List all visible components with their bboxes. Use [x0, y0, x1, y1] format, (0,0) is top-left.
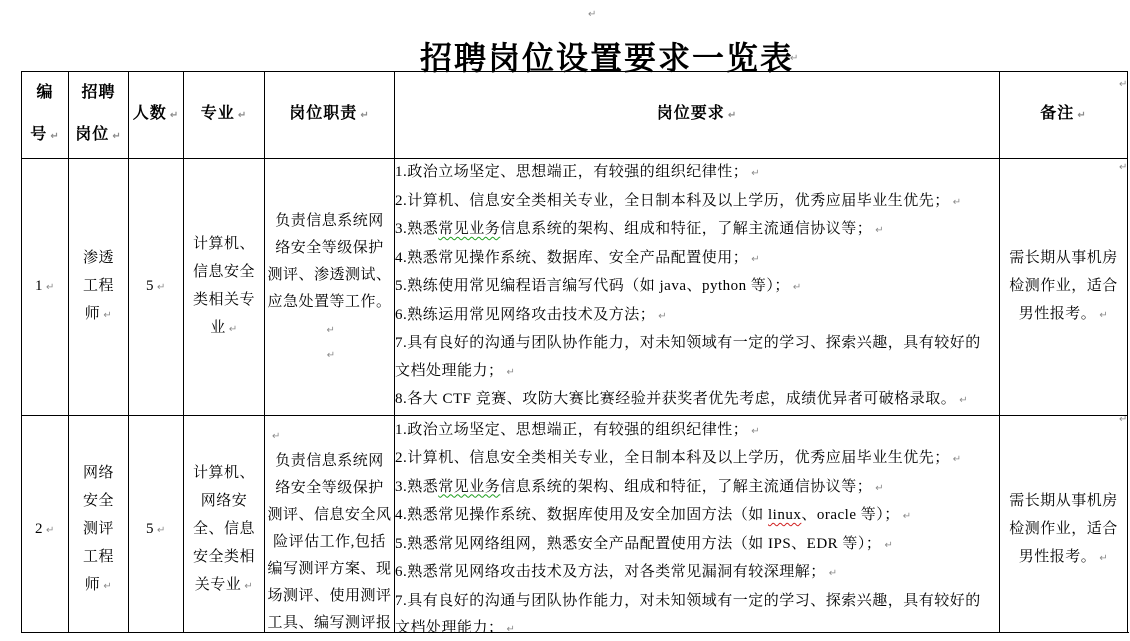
major-value: 计算机、 信息安全 类相关专 业: [193, 236, 255, 336]
requirement-line: 3.熟悉常见业务信息系统的架构、组成和特征，了解主流通信协议等；↵: [395, 216, 999, 245]
paragraph-mark-icon: ↵: [112, 131, 121, 142]
requirement-line: 7.具有良好的沟通与团队协作能力，对未知领域有一定的学习、探索兴趣，具有较好的 …: [395, 330, 999, 386]
header-label: 专业: [201, 105, 235, 122]
header-label: 招聘 岗位: [75, 84, 115, 143]
empty-paragraph: ↵: [265, 344, 394, 366]
cell-duty: 负责信息系统网 络安全等级保护 测评、渗透测试、 应急处置等工作。↵ ↵: [265, 159, 395, 416]
paragraph-mark-icon: ↵: [507, 367, 516, 378]
paragraph-mark-icon: ↵: [170, 110, 179, 121]
paragraph-mark-icon: ↵: [751, 168, 760, 179]
requirement-text: 信息系统的架构、组成和特征，了解主流通信协议等；: [500, 221, 872, 237]
cell-count: 5↵: [129, 159, 184, 416]
duty-value: 负责信息系统网 络安全等级保护 测评、渗透测试、 应急处置等工作。: [267, 213, 391, 310]
requirement-text: 、oracle 等）；: [801, 507, 899, 523]
paragraph-mark-icon: ↵: [829, 568, 838, 579]
paragraph-mark-icon: ↵: [50, 131, 59, 142]
paragraph-mark-icon: ↵: [884, 540, 893, 551]
paragraph-mark-icon: ↵: [46, 525, 55, 536]
header-label: 人数: [133, 105, 167, 122]
paragraph-mark-icon: ↵: [244, 581, 253, 592]
cell-major: 计算机、 信息安全 类相关专 业↵: [184, 159, 265, 416]
paragraph-mark-icon: ↵: [157, 282, 166, 293]
header-cell-major: 专业↵: [184, 72, 265, 159]
paragraph-mark-icon: ↵: [588, 10, 596, 20]
requirement-line: 5.熟练使用常见编程语言编写代码（如 java、python 等）；↵: [395, 273, 999, 302]
paragraph-mark-icon: ↵: [327, 325, 336, 336]
requirement-text: 8.各大 CTF 竞赛、攻防大赛比赛经验并获奖者优先考虑，成绩优异者可破格录取。: [395, 391, 956, 407]
requirement-line: 5.熟悉常见网络组网，熟悉安全产品配置使用方法（如 IPS、EDR 等）；↵: [395, 531, 999, 560]
header-label: 岗位职责: [289, 105, 357, 122]
paragraph-mark-icon: ↵: [1077, 110, 1086, 121]
requirement-text: 1.政治立场坚定、思想端正，有较强的组织纪律性；: [395, 164, 748, 180]
paragraph-mark-icon: ↵: [46, 282, 55, 293]
paragraph-mark-icon: ↵: [229, 324, 238, 335]
requirement-text: 3.熟悉: [395, 221, 438, 237]
empty-paragraph: ↵: [265, 424, 394, 448]
paragraph-mark-icon: ↵: [1099, 310, 1108, 321]
paragraph-mark-icon: ↵: [875, 483, 884, 494]
table-row: 2↵ 网络 安全 测评 工程 师↵ 5↵ 计算机、 网络安 全、信息 安全类相 …: [22, 415, 1128, 633]
cell-note: 需长期从事机房 检测作业，适合 男性报考。↵: [1000, 415, 1128, 633]
header-cell-duty: 岗位职责↵: [265, 72, 395, 159]
header-label: 岗位要求: [657, 105, 725, 122]
requirement-line: 4.熟悉常见操作系统、数据库、安全产品配置使用；↵: [395, 245, 999, 274]
requirement-line: 4.熟悉常见操作系统、数据库使用及安全加固方法（如 linux、oracle 等…: [395, 502, 999, 531]
header-cell-position: 招聘 岗位↵: [69, 72, 129, 159]
requirement-line: 8.各大 CTF 竞赛、攻防大赛比赛经验并获奖者优先考虑，成绩优异者可破格录取。…: [395, 386, 999, 415]
paragraph-mark-icon: ↵: [103, 581, 112, 592]
paragraph-mark-icon: ↵: [103, 310, 112, 321]
document-page: ↵ 招聘岗位设置要求一览表 ↵ ↵ ↵ ↵ 编 号↵ 招聘 岗位↵ 人数↵ 专业…: [0, 0, 1130, 641]
id-value: 1: [35, 278, 43, 294]
requirement-text: 7.具有良好的沟通与团队协作能力，对未知领域有一定的学习、探索兴趣，具有较好的 …: [395, 593, 981, 634]
paragraph-mark-icon: ↵: [959, 395, 968, 406]
header-row: 编 号↵ 招聘 岗位↵ 人数↵ 专业↵ 岗位职责↵ 岗位要求↵ 备注↵: [22, 72, 1128, 159]
paragraph-mark-icon: ↵: [238, 110, 247, 121]
paragraph-mark-icon: ↵: [751, 426, 760, 437]
requirement-text: 7.具有良好的沟通与团队协作能力，对未知领域有一定的学习、探索兴趣，具有较好的 …: [395, 335, 981, 379]
cell-duty: ↵ 负责信息系统网 络安全等级保护 测评、信息安全风 险评估工作,包括 编写测评…: [265, 415, 395, 633]
paragraph-mark-icon: ↵: [272, 431, 280, 442]
requirement-line: 2.计算机、信息安全类相关专业，全日制本科及以上学历，优秀应届毕业生优先；↵: [395, 188, 999, 217]
header-cell-requirements: 岗位要求↵: [395, 72, 1000, 159]
paragraph-mark-icon: ↵: [327, 350, 335, 361]
paragraph-mark-icon: ↵: [1099, 553, 1108, 564]
requirement-text: 5.熟练使用常见编程语言编写代码（如 java、python 等）；: [395, 278, 790, 294]
header-cell-count: 人数↵: [129, 72, 184, 159]
requirement-line: 6.熟悉常见网络攻击技术及方法，对各类常见漏洞有较深理解；↵: [395, 559, 999, 588]
paragraph-mark-icon: ↵: [790, 54, 798, 64]
requirement-line: 2.计算机、信息安全类相关专业，全日制本科及以上学历，优秀应届毕业生优先；↵: [395, 445, 999, 474]
paragraph-mark-icon: ↵: [157, 525, 166, 536]
header-label: 备注: [1040, 105, 1074, 122]
header-cell-note: 备注↵: [1000, 72, 1128, 159]
requirements-list: 1.政治立场坚定、思想端正，有较强的组织纪律性；↵2.计算机、信息安全类相关专业…: [395, 159, 999, 415]
cell-position: 网络 安全 测评 工程 师↵: [69, 415, 129, 633]
requirement-line: 1.政治立场坚定、思想端正，有较强的组织纪律性；↵: [395, 417, 999, 446]
count-value: 5: [146, 521, 154, 537]
paragraph-mark-icon: ↵: [507, 624, 516, 633]
id-value: 2: [35, 521, 43, 537]
count-value: 5: [146, 278, 154, 294]
requirement-line: 3.熟悉常见业务信息系统的架构、组成和特征，了解主流通信协议等；↵: [395, 474, 999, 503]
paragraph-mark-icon: ↵: [953, 454, 962, 465]
table-row: 1↵ 渗透 工程 师↵ 5↵ 计算机、 信息安全 类相关专 业↵ 负责信息系统网…: [22, 159, 1128, 416]
recruitment-table-container: 编 号↵ 招聘 岗位↵ 人数↵ 专业↵ 岗位职责↵ 岗位要求↵ 备注↵ 1↵ 渗…: [21, 71, 1129, 633]
cell-major: 计算机、 网络安 全、信息 安全类相 关专业↵: [184, 415, 265, 633]
position-value: 网络 安全 测评 工程 师: [83, 465, 114, 593]
spellcheck-marked-text: 常见业务: [438, 221, 500, 237]
requirements-list: 1.政治立场坚定、思想端正，有较强的组织纪律性；↵2.计算机、信息安全类相关专业…: [395, 417, 999, 634]
cell-requirements: 1.政治立场坚定、思想端正，有较强的组织纪律性；↵2.计算机、信息安全类相关专业…: [395, 159, 1000, 416]
requirement-text: 1.政治立场坚定、思想端正，有较强的组织纪律性；: [395, 422, 748, 438]
cell-count: 5↵: [129, 415, 184, 633]
paragraph-mark-icon: ↵: [793, 282, 802, 293]
cell-requirements: 1.政治立场坚定、思想端正，有较强的组织纪律性；↵2.计算机、信息安全类相关专业…: [395, 415, 1000, 633]
requirement-text: 5.熟悉常见网络组网，熟悉安全产品配置使用方法（如 IPS、EDR 等）；: [395, 536, 881, 552]
paragraph-mark-icon: ↵: [728, 110, 737, 121]
recruitment-table: 编 号↵ 招聘 岗位↵ 人数↵ 专业↵ 岗位职责↵ 岗位要求↵ 备注↵ 1↵ 渗…: [21, 71, 1128, 633]
requirement-text: 4.熟悉常见操作系统、数据库使用及安全加固方法（如: [395, 507, 768, 523]
requirement-text: 信息系统的架构、组成和特征，了解主流通信协议等；: [500, 479, 872, 495]
header-cell-id: 编 号↵: [22, 72, 69, 159]
requirement-line: 1.政治立场坚定、思想端正，有较强的组织纪律性；↵: [395, 159, 999, 188]
requirement-text: 2.计算机、信息安全类相关专业，全日制本科及以上学历，优秀应届毕业生优先；: [395, 450, 950, 466]
spellcheck-marked-text: linux: [768, 507, 801, 523]
paragraph-mark-icon: ↵: [658, 311, 667, 322]
cell-id: 1↵: [22, 159, 69, 416]
requirement-text: 4.熟悉常见操作系统、数据库、安全产品配置使用；: [395, 250, 748, 266]
paragraph-mark-icon: ↵: [953, 197, 962, 208]
requirement-text: 2.计算机、信息安全类相关专业，全日制本科及以上学历，优秀应届毕业生优先；: [395, 193, 950, 209]
paragraph-mark-icon: ↵: [875, 225, 884, 236]
requirement-line: 7.具有良好的沟通与团队协作能力，对未知领域有一定的学习、探索兴趣，具有较好的 …: [395, 588, 999, 634]
paragraph-mark-icon: ↵: [360, 110, 369, 121]
paragraph-mark-icon: ↵: [751, 254, 760, 265]
cell-position: 渗透 工程 师↵: [69, 159, 129, 416]
requirement-text: 3.熟悉: [395, 479, 438, 495]
requirement-text: 6.熟悉常见网络攻击技术及方法，对各类常见漏洞有较深理解；: [395, 564, 826, 580]
paragraph-mark-icon: ↵: [903, 511, 912, 522]
cell-id: 2↵: [22, 415, 69, 633]
duty-value: 负责信息系统网 络安全等级保护 测评、信息安全风 险评估工作,包括 编写测评方案…: [267, 453, 391, 631]
requirement-text: 6.熟练运用常见网络攻击技术及方法；: [395, 307, 655, 323]
spellcheck-marked-text: 常见业务: [438, 479, 500, 495]
requirement-line: 6.熟练运用常见网络攻击技术及方法；↵: [395, 302, 999, 331]
major-value: 计算机、 网络安 全、信息 安全类相 关专业: [193, 465, 255, 593]
cell-note: 需长期从事机房 检测作业，适合 男性报考。↵: [1000, 159, 1128, 416]
